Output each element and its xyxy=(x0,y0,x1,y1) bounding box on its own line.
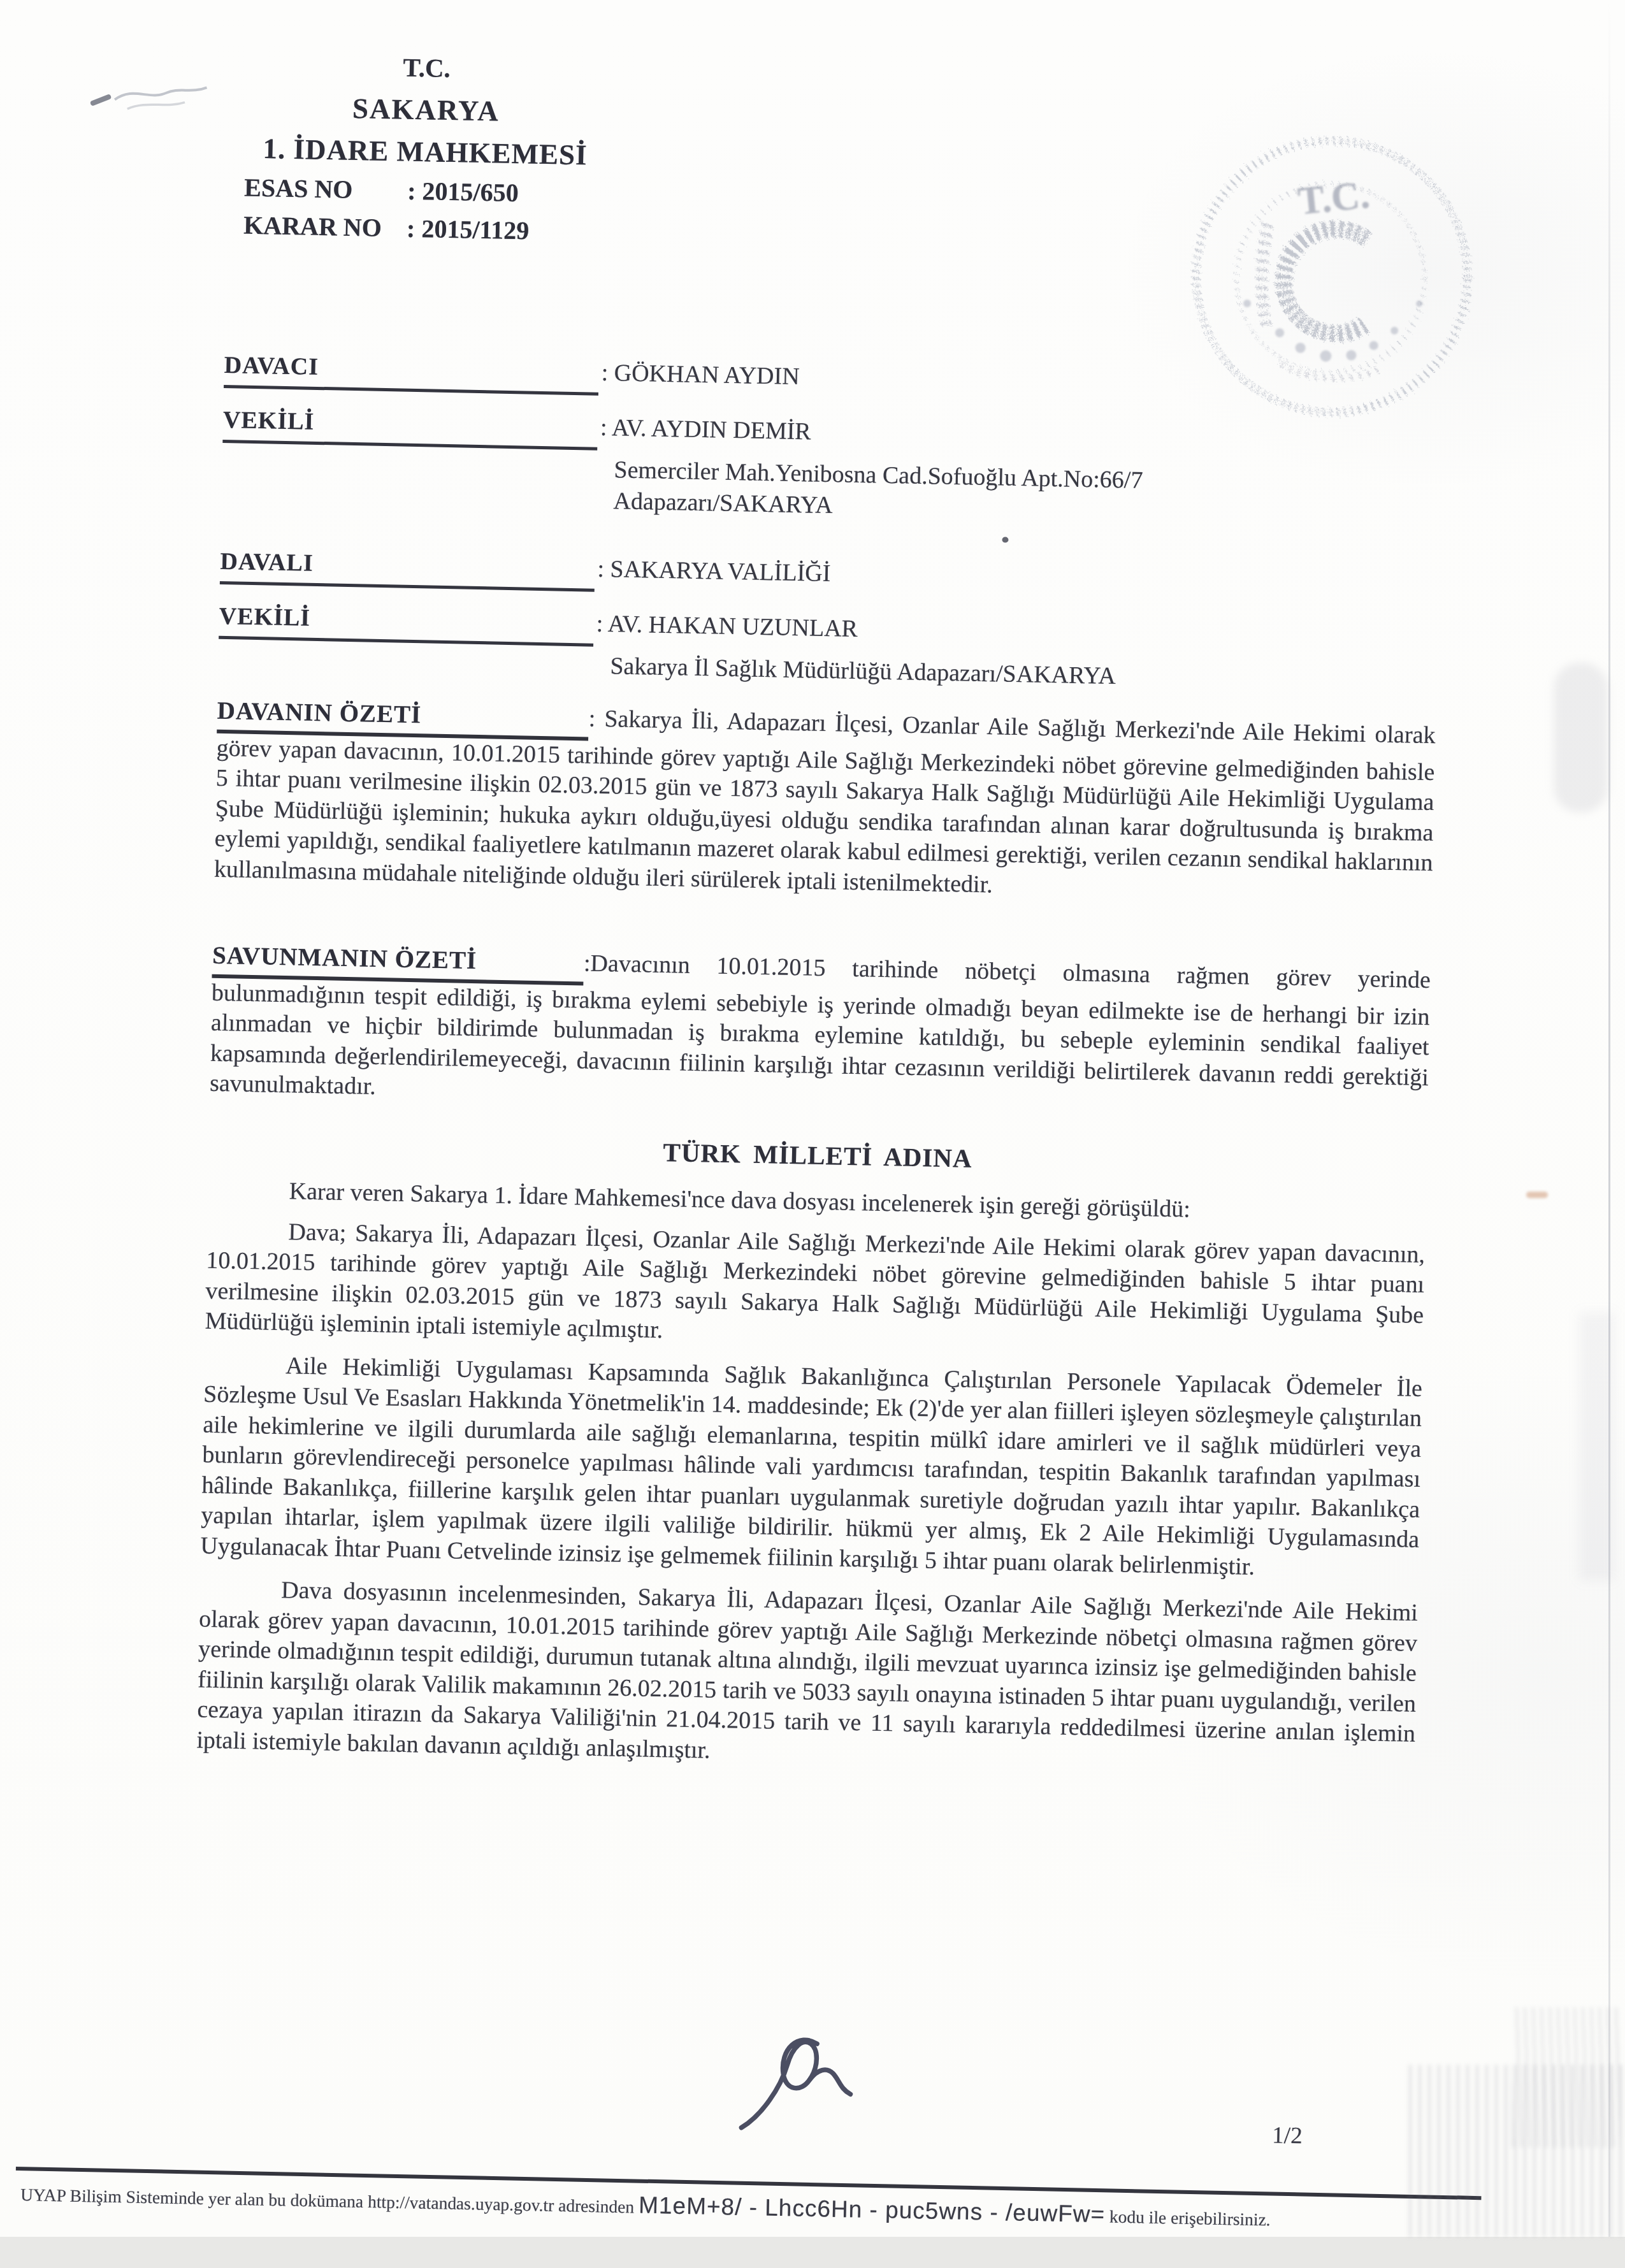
esas-no-row: ESAS NO : 2015/650 xyxy=(244,173,605,210)
scan-edge-line-artifact xyxy=(1608,0,1610,2237)
stamp-tc-text: T.C. xyxy=(1296,173,1371,223)
davaci-vekili-address-line2: Adapazarı/SAKARYA xyxy=(613,487,833,519)
davali-vekili-label: VEKİLİ xyxy=(219,602,594,647)
decision-paragraph-3: Aile Hekimliği Uygulaması Kapsamında Sağ… xyxy=(200,1349,1422,1585)
header-city: SAKARYA xyxy=(245,90,606,130)
davali-label: DAVALI xyxy=(220,547,595,592)
karar-no-value: : 2015/1129 xyxy=(407,213,530,246)
decision-text-column: DAVANIN ÖZETİ: Sakarya İli, Adapazarı İl… xyxy=(196,696,1436,1793)
davaci-value: : GÖKHAN AYDIN xyxy=(598,359,800,400)
davaci-label: DAVACI xyxy=(224,351,599,396)
signature-scribble xyxy=(719,2028,869,2149)
page-number: 1/2 xyxy=(1272,2122,1303,2150)
davali-row: DAVALI : SAKARYA VALİLİĞİ xyxy=(220,547,1439,609)
davali-vekili-value: : AV. HAKAN UZUNLAR xyxy=(593,610,858,652)
uyap-footer-suffix: kodu ile erişebilirsiniz. xyxy=(1105,2206,1271,2229)
karar-no-row: KARAR NO : 2015/1129 xyxy=(243,210,604,247)
dava-ozeti-label: DAVANIN ÖZETİ xyxy=(217,696,589,740)
davaci-vekili-label: VEKİLİ xyxy=(222,406,598,451)
dava-ozeti-paragraph: DAVANIN ÖZETİ: Sakarya İli, Adapazarı İl… xyxy=(213,696,1436,909)
pencil-mark xyxy=(87,65,216,125)
savunma-ozeti-label: SAVUNMANIN ÖZETİ xyxy=(212,941,584,985)
document-header: T.C. SAKARYA 1. İDARE MAHKEMESİ ESAS NO … xyxy=(243,49,607,247)
header-tc: T.C. xyxy=(247,49,607,87)
header-court-name: 1. İDARE MAHKEMESİ xyxy=(245,132,605,172)
scanned-court-document-page: T.C. SAKARYA 1. İDARE MAHKEMESİ ESAS NO … xyxy=(0,0,1625,2237)
decision-paragraph-2: Dava; Sakarya İli, Adapazarı İlçesi, Oza… xyxy=(205,1215,1425,1361)
uyap-access-code: M1eM+8/ - Lhcc6Hn - puc5wns - /euwFw= xyxy=(639,2192,1106,2228)
esas-no-label: ESAS NO xyxy=(244,173,408,206)
scan-streaks-right xyxy=(1512,2007,1620,2148)
scan-smudge-orange xyxy=(1526,1192,1548,1198)
davali-vekili-row: VEKİLİ : AV. HAKAN UZUNLAR xyxy=(219,602,1438,663)
davali-vekili-address: Sakarya İl Sağlık Müdürlüğü Adapazarı/SA… xyxy=(610,652,1116,690)
decision-paragraph-4: Dava dosyasının incelenmesinden, Sakarya… xyxy=(196,1574,1418,1780)
scan-smudge-1 xyxy=(1554,663,1608,813)
savunma-ozeti-paragraph: SAVUNMANIN ÖZETİ:Davacının 10.01.2015 ta… xyxy=(210,941,1431,1123)
turk-milleti-adina-heading: TÜRK MİLLETİ ADINA xyxy=(208,1128,1427,1183)
uyap-footer-prefix: UYAP Bilişim Sisteminde yer alan bu dokü… xyxy=(20,2185,639,2216)
scan-smudge-2 xyxy=(1579,1313,1614,1580)
davali-value: : SAKARYA VALİLİĞİ xyxy=(595,555,831,596)
uyap-footer-text: UYAP Bilişim Sisteminde yer alan bu dokü… xyxy=(20,2179,1271,2231)
davaci-vekili-value: : AV. AYDIN DEMİR xyxy=(597,414,811,455)
document-content: T.C. SAKARYA 1. İDARE MAHKEMESİ ESAS NO … xyxy=(0,0,1625,2237)
karar-no-label: KARAR NO xyxy=(243,210,407,243)
ink-dot-artifact xyxy=(1002,537,1008,543)
esas-no-value: : 2015/650 xyxy=(407,176,519,208)
